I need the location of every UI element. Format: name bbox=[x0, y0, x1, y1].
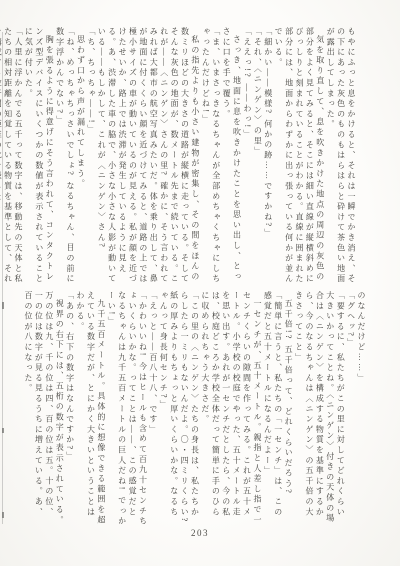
paragraph: のなんだけど……」 bbox=[356, 291, 366, 527]
page-number: 203 bbox=[0, 528, 400, 538]
paragraph: 「ま、いまさっきなるちゃんが全部めちゃくちゃにしちゃったんだけどね!」 bbox=[200, 27, 221, 285]
paragraph: 「この里の〈ニンゲン〉たちの身長は、私たちからしたら一ミリもないんだよ。〇・四ミ… bbox=[158, 291, 200, 527]
scan-artifact-speck bbox=[2, 428, 4, 433]
paragraph: 九千五百メートル。具体的に想像できる範囲を超えている数字だが、とにかく大きいとい… bbox=[75, 291, 106, 527]
paragraph: 一センチが、五十メートル。親指と人差し指で一センチくらいの隙間を作ってみる。これ… bbox=[200, 291, 262, 527]
paragraph: 視界の右下には、五桁の数字が表示されている。万の位は九、千の位は四、百の位は五。… bbox=[23, 291, 65, 527]
paragraph: 「要するに、私たちがこの里に対してどれくらい大きいかってことね。〈ニンゲン〉付き… bbox=[293, 291, 345, 527]
paragraph: 気を取り直して、息を吹きかけた地点の周辺の灰色の部分をよく見てみると、そこには細… bbox=[273, 27, 325, 285]
paragraph: 「あの、右下の数字はなんですか?」 bbox=[64, 291, 74, 527]
paragraph: 「ね、めっちゃちっさいでしょ? なるちゃん、目の前に数字浮かんでない?」 bbox=[54, 27, 75, 285]
paragraph: 「簡単に言うと、私たちの「一センチ」は、この感覚だと五十メートルになるんだよー」 bbox=[262, 291, 283, 527]
paragraph: 「かわいいね! 今はヒールも含めて百九十センチちょいくらいかな。ってことは――、… bbox=[106, 291, 148, 527]
paragraph: 「ち、ちっちゃ――!」 bbox=[85, 27, 95, 285]
scan-artifact-speck bbox=[2, 512, 4, 518]
paragraph: 五千倍!? 五千倍って、どれくらいだろう? bbox=[283, 291, 293, 527]
paragraph: 「細かい――模様? 何かの跡……ですかね?」 bbox=[262, 27, 272, 285]
paragraph: さっき、地面に息を吹きかけたことを思い出し、とっさに口を手で覆う。 bbox=[221, 27, 242, 285]
text-block-bottom: のなんだけど……」 「グヘッ?」 「要するに、私たちがこの里に対してどれくらい大… bbox=[18, 291, 366, 527]
paragraph: 「グヘッ?」 bbox=[345, 291, 355, 527]
paragraph: 思わず口から声が漏れてしまう。 bbox=[75, 27, 85, 285]
paragraph: 私の指先よりも小さい建物が密集し、その間をほんの数ミリほどの大きさの道路が縦横に… bbox=[96, 27, 200, 285]
paragraph: もやにふっと息をかけると、それは一瞬でかき消え、その下にあった灰色のものもはらは… bbox=[325, 27, 356, 285]
scanned-book-page: もやにふっと息をかけると、それは一瞬でかき消え、その下にあった灰色のものもはらは… bbox=[0, 0, 400, 566]
paragraph: 「それ、〈ニンゲン〉の里」 bbox=[252, 27, 262, 285]
paragraph: 「人里に浮かんでる五千って数字は、移動先の天体と私たちの相対距離を知覚している物… bbox=[0, 27, 23, 285]
scan-artifact-speck bbox=[2, 302, 4, 309]
paragraph: 「ええっ!? ――わっ!」 bbox=[242, 27, 252, 285]
paragraph: 胸を張るように得意げにそう言われて、コンタクトレンズ型デバイスにいくつかの数値が… bbox=[23, 27, 54, 285]
paragraph: 「えっと――百八十八、です」 bbox=[147, 291, 157, 527]
text-block-top: もやにふっと息をかけると、それは一瞬でかき消え、その下にあった灰色のものもはらは… bbox=[24, 27, 356, 285]
